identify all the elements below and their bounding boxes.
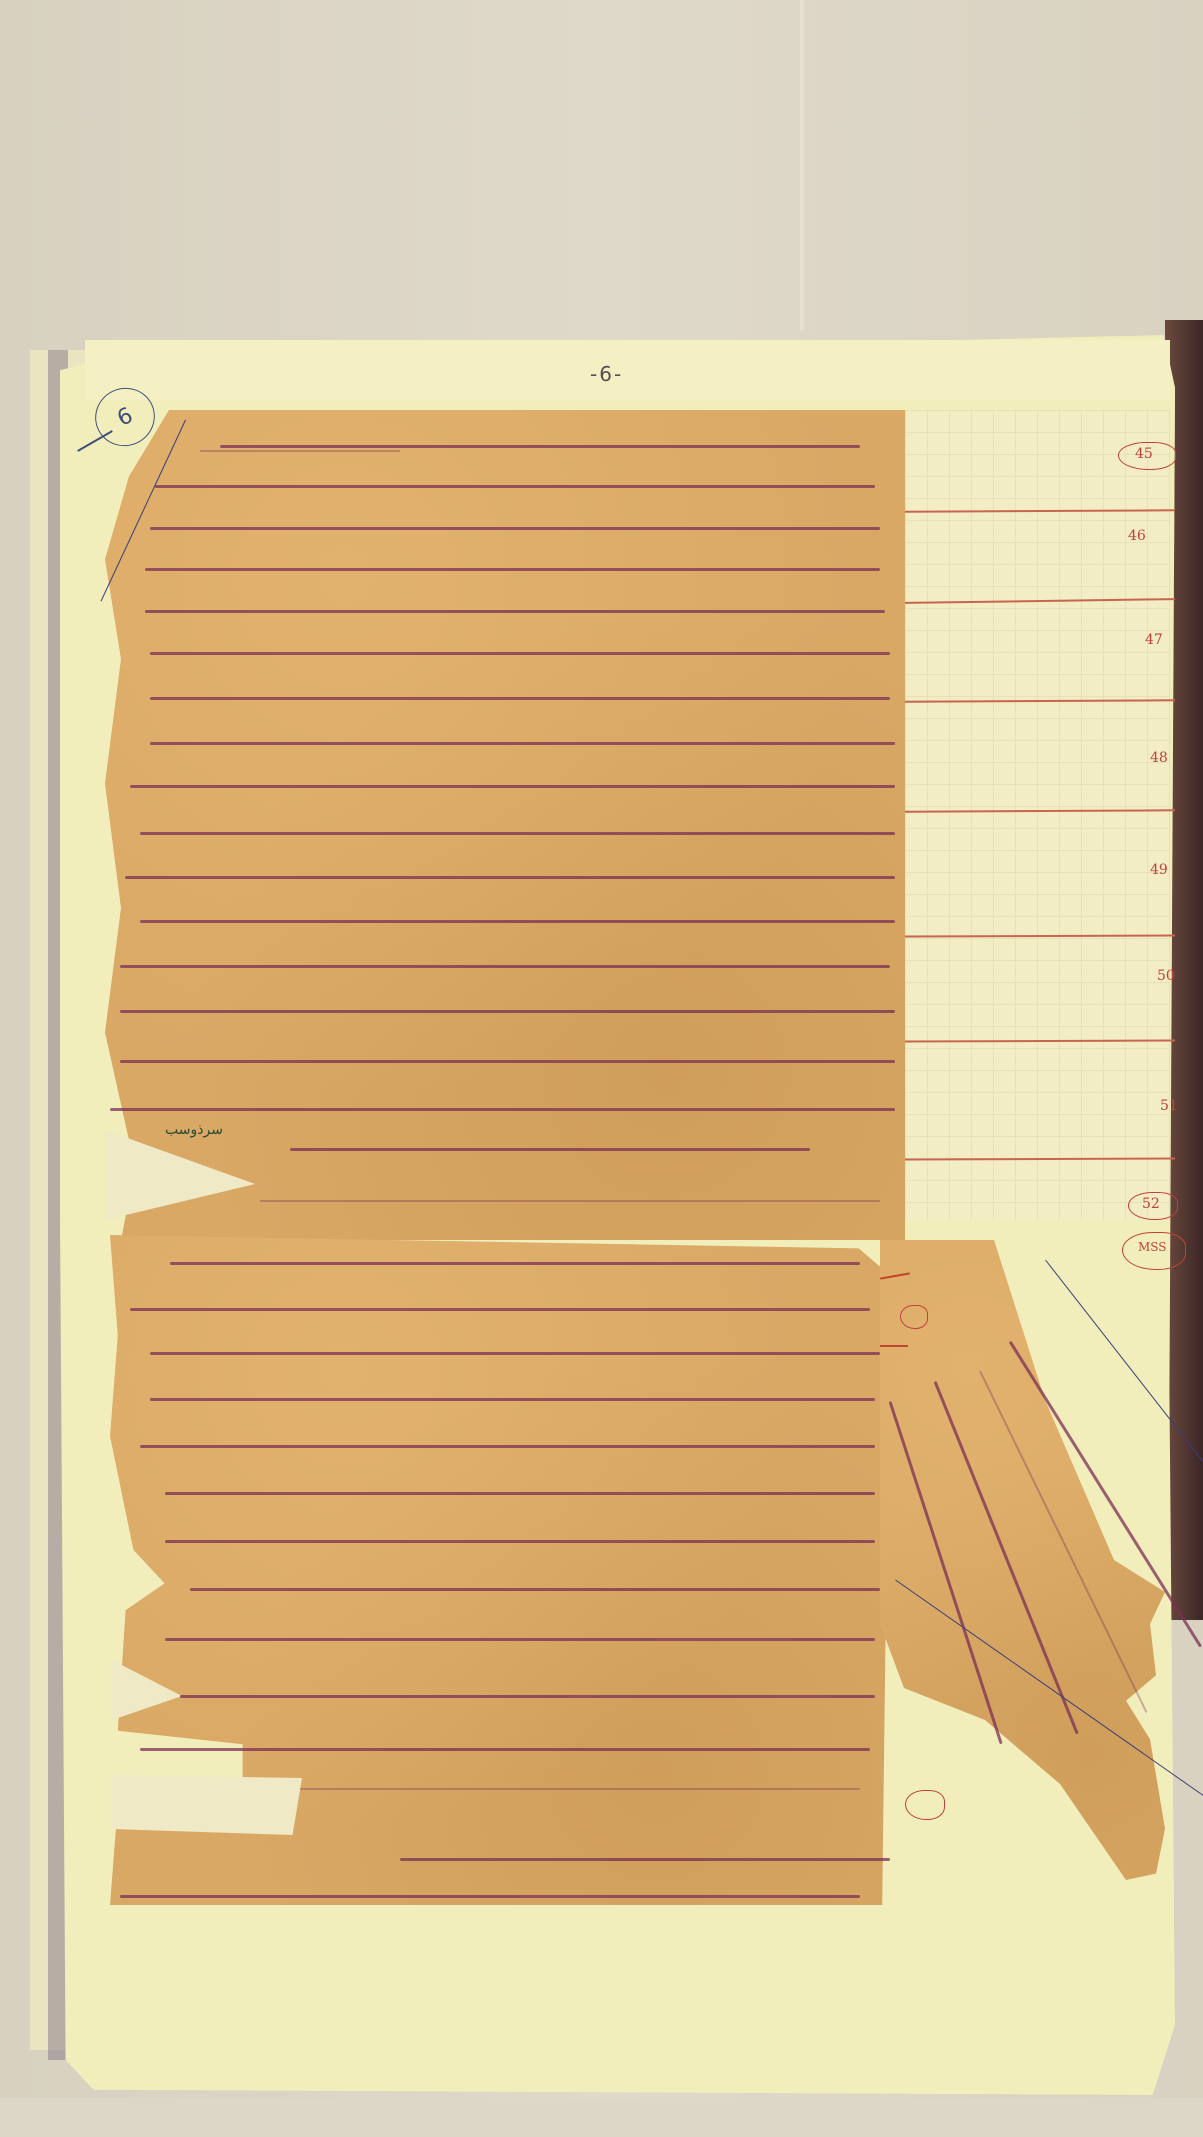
- script-line: [155, 485, 875, 488]
- script-line: [130, 1308, 870, 1311]
- side-note-green: سرذوسب: [165, 1122, 223, 1138]
- script-line: [140, 1748, 870, 1751]
- script-line: [260, 1200, 880, 1202]
- manuscript-fragment-top: [105, 410, 905, 1240]
- paper-patch: [112, 1775, 302, 1835]
- script-line: [150, 527, 880, 530]
- margin-number: 50: [1157, 968, 1175, 984]
- script-line: [150, 742, 895, 745]
- script-line: [165, 1540, 875, 1543]
- script-line: [140, 920, 895, 923]
- wall-seam: [800, 0, 804, 330]
- script-line: [140, 1445, 875, 1448]
- circled-line-number: [905, 1790, 945, 1820]
- script-line: [130, 785, 895, 788]
- script-line: [120, 1060, 895, 1063]
- script-line: [220, 445, 860, 448]
- script-line: [150, 1352, 880, 1355]
- script-line: [190, 1588, 880, 1591]
- script-line: [150, 697, 890, 700]
- margin-number: 52: [1142, 1196, 1160, 1212]
- script-line: [170, 1262, 860, 1265]
- script-line: [125, 876, 895, 879]
- margin-number: 51: [1160, 1098, 1178, 1114]
- script-line: [300, 1788, 860, 1790]
- margin-note: MSS: [1138, 1240, 1167, 1254]
- background-floor: [0, 2098, 1203, 2137]
- script-line: [110, 1108, 895, 1111]
- script-line: [165, 1638, 875, 1641]
- script-line: [145, 568, 880, 571]
- script-line: [290, 1148, 810, 1151]
- folio-number: 6: [113, 403, 136, 432]
- margin-number: 49: [1150, 862, 1168, 878]
- red-pencil-mark: [880, 1345, 908, 1347]
- script-line: [120, 965, 890, 968]
- script-line: [145, 610, 885, 613]
- margin-number: 48: [1150, 750, 1168, 766]
- top-flap: [85, 340, 1170, 400]
- script-line: [200, 450, 400, 452]
- script-line: [150, 652, 890, 655]
- script-line: [165, 1492, 875, 1495]
- page-marker: -6-: [590, 362, 623, 386]
- circled-line-number: [900, 1305, 928, 1329]
- script-line: [180, 1695, 875, 1698]
- script-line: [150, 1398, 875, 1401]
- margin-number: 47: [1145, 632, 1163, 648]
- script-line: [120, 1010, 895, 1013]
- margin-number: 46: [1128, 528, 1146, 544]
- script-line: [120, 1895, 860, 1898]
- script-line: [400, 1858, 890, 1861]
- script-line: [140, 832, 895, 835]
- margin-number: 45: [1135, 446, 1153, 462]
